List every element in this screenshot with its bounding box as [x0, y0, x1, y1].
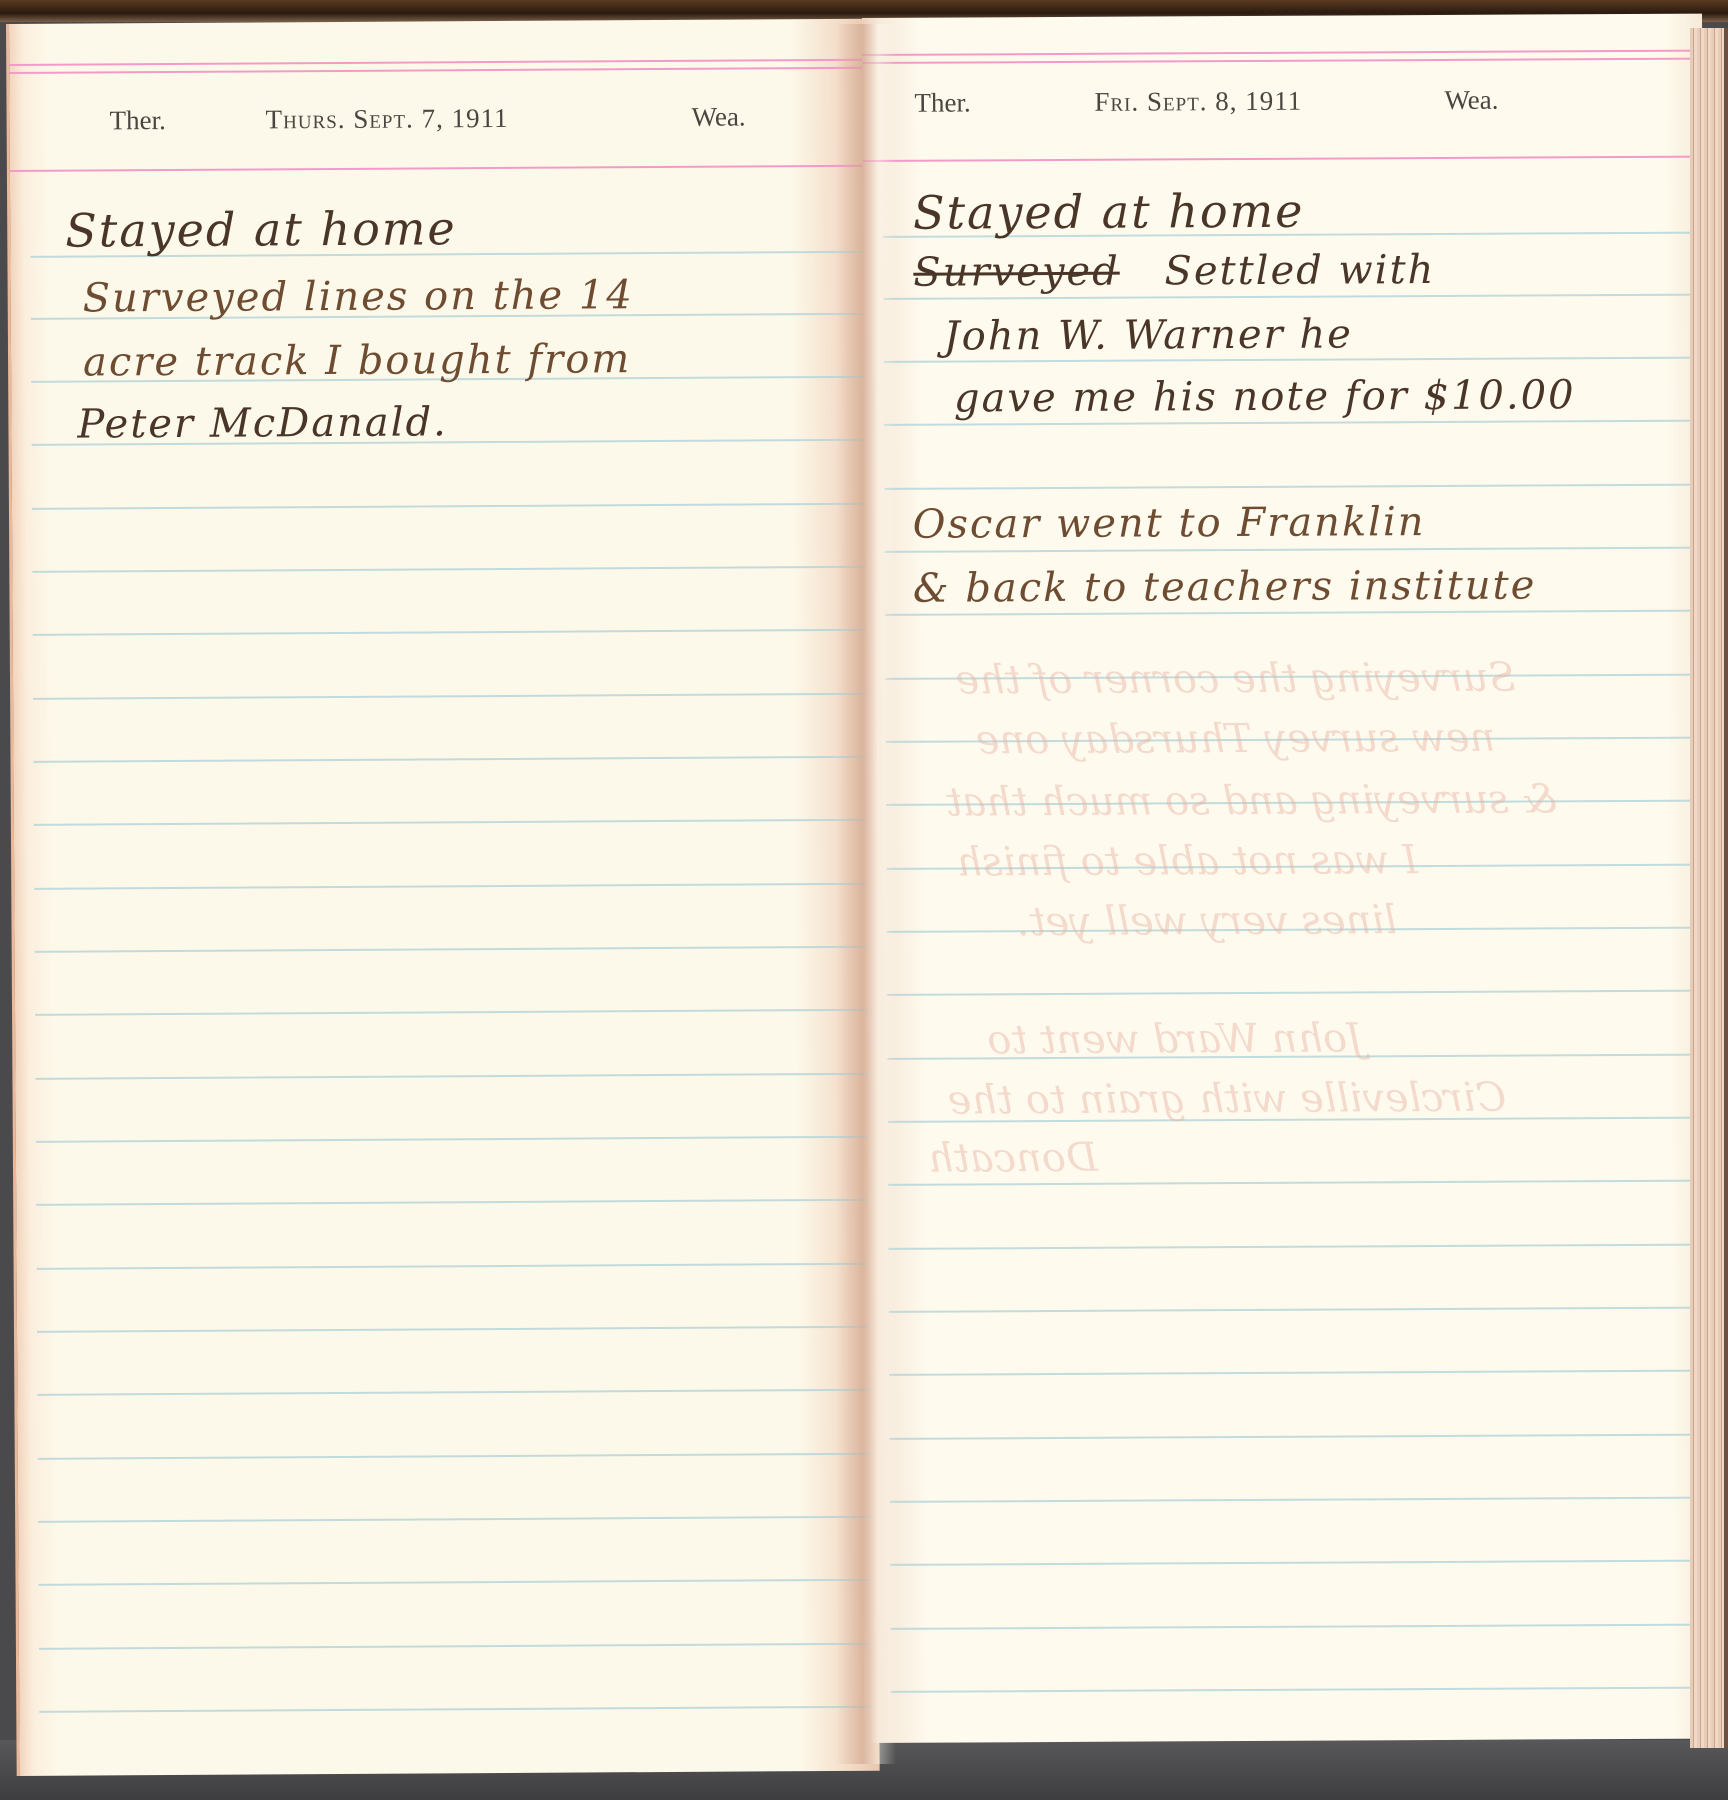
ruled-line	[34, 819, 874, 826]
ruled-line	[888, 1244, 1708, 1250]
ruled-line	[39, 1579, 879, 1586]
ruled-line	[889, 1307, 1709, 1313]
entry-date: Fri. Sept. 8, 1911	[1094, 86, 1302, 118]
ruled-line	[33, 629, 873, 636]
header-top-rule	[9, 59, 869, 66]
page-edge-stack	[1690, 28, 1728, 1748]
entry-line: Stayed at home	[913, 184, 1305, 240]
ruled-line	[34, 756, 874, 763]
ruled-line	[889, 1434, 1709, 1440]
ruled-line	[36, 1136, 876, 1143]
ruled-line	[39, 1706, 879, 1713]
right-page: Ther. Fri. Sept. 8, 1911 Wea. Surveying …	[862, 14, 1711, 1743]
bleed-through-text: & surveying and so much that	[946, 776, 1557, 825]
entry-line: & back to teachers institute	[913, 562, 1537, 611]
ruled-line	[37, 1326, 877, 1333]
book-gutter	[836, 24, 896, 1764]
ruled-line	[887, 990, 1707, 996]
ruled-line	[35, 1073, 875, 1080]
ruled-line	[891, 1687, 1711, 1693]
left-page: Ther. Thurs. Sept. 7, 1911 Wea. Stayed a…	[6, 19, 880, 1776]
ruled-line	[36, 1199, 876, 1206]
bleed-through-text: John Ward went to	[987, 1015, 1363, 1063]
header-top-rule-2	[9, 67, 869, 74]
entry-line: gave me his note for $10.00	[954, 372, 1576, 421]
entry-line: acre track I bought from	[83, 336, 631, 385]
ruled-line	[885, 547, 1705, 553]
entry-line: Oscar went to Franklin	[913, 499, 1426, 548]
thermometer-label: Ther.	[914, 87, 970, 118]
thermometer-label: Ther.	[109, 105, 165, 136]
header-bottom-rule	[10, 165, 870, 172]
entry-line: Surveyed lines on the 14	[83, 272, 634, 321]
struck-word: Surveyed	[913, 249, 1120, 296]
entry-line: Surveyed Settled with	[913, 247, 1435, 296]
ruled-line	[32, 566, 872, 573]
ruled-line	[37, 1389, 877, 1396]
bleed-through-text: I was not able to finish	[956, 837, 1418, 885]
left-page-header: Ther. Thurs. Sept. 7, 1911 Wea.	[10, 101, 870, 146]
ruled-line	[34, 883, 874, 890]
ruled-line	[890, 1497, 1710, 1503]
right-page-header: Ther. Fri. Sept. 8, 1911 Wea.	[862, 84, 1702, 128]
weather-label: Wea.	[691, 101, 745, 132]
ruled-line	[39, 1643, 879, 1650]
header-top-rule-2	[862, 58, 1702, 64]
bleed-through-text: lines very well yet.	[1017, 897, 1397, 945]
ruled-line	[35, 1009, 875, 1016]
entry-line: Stayed at home	[65, 201, 457, 257]
ruled-line	[38, 1453, 878, 1460]
bleed-through-text: Surveying the corner of the	[955, 655, 1515, 704]
ruled-line	[38, 1516, 878, 1523]
header-bottom-rule	[863, 156, 1703, 162]
ruled-line	[35, 946, 875, 953]
entry-line-text: Settled with	[1164, 247, 1435, 294]
header-top-rule	[862, 50, 1702, 56]
ruled-line	[889, 1370, 1709, 1376]
ruled-line	[37, 1263, 877, 1270]
ruled-line	[890, 1624, 1710, 1630]
ruled-line	[890, 1560, 1710, 1566]
weather-label: Wea.	[1444, 85, 1498, 116]
ruled-line	[884, 484, 1704, 490]
bleed-through-text: Circleville with grain to the	[948, 1075, 1507, 1124]
entry-date: Thurs. Sept. 7, 1911	[265, 103, 508, 135]
bleed-through-text: Doncath	[928, 1135, 1098, 1182]
ruled-line	[33, 693, 873, 700]
diary-spread: Ther. Thurs. Sept. 7, 1911 Wea. Stayed a…	[0, 14, 1728, 1784]
entry-line: Peter McDanald.	[77, 399, 448, 447]
entry-line: John W. Warner he	[944, 311, 1353, 359]
ruled-line	[32, 503, 872, 510]
bleed-through-text: new survey Thursday one	[976, 715, 1496, 764]
